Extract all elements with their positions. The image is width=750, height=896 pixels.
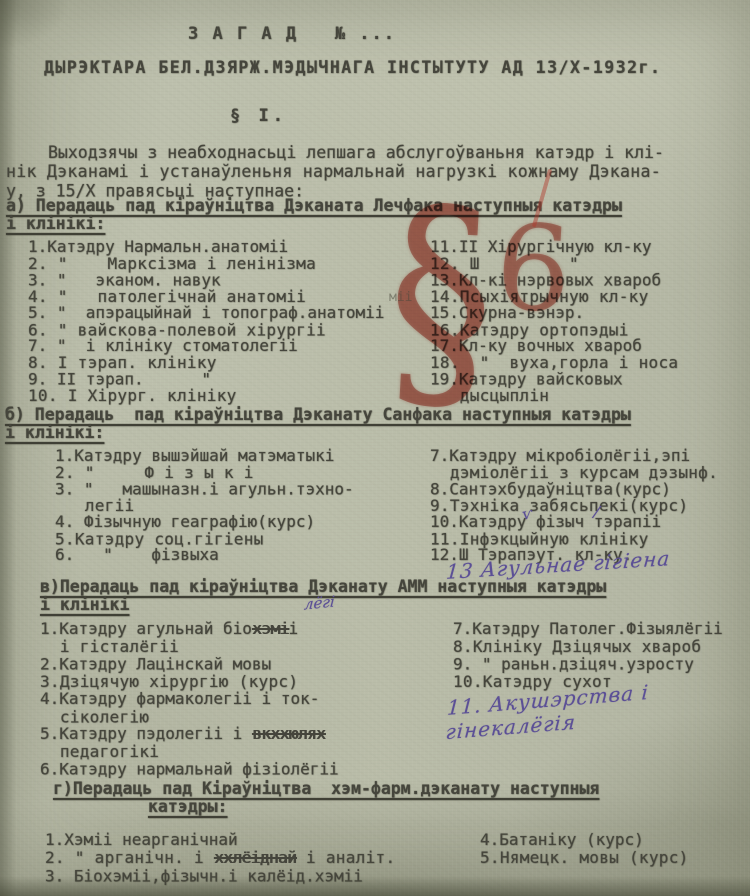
section-v-heading-wrap: і клінікі: [40, 596, 750, 614]
list-line: 11.Інфэкцыйную клініку: [430, 531, 718, 548]
section-v: в)Перадаць пад кіраўніцтва Дэканату АММ …: [0, 578, 750, 778]
list-line: 2.Катэдру Лацінскай мовы: [40, 656, 453, 674]
list-line: 4.Катэдру фармаколегіі і ток-: [40, 690, 453, 708]
list-line: 15.Скурна-вэнэр.: [430, 305, 678, 322]
list-line: 2. " Ф і з ы к і: [55, 465, 430, 482]
list-line: дэміолёгіі з курсам дэзынф.: [430, 465, 718, 482]
line-post: і аналіт.: [296, 848, 395, 867]
section-a-heading-wrap: і клінікі:: [6, 215, 750, 233]
section-a-heading-line2: і клінікі:: [6, 214, 105, 233]
list-line-corrected: 1.Катэдру агульнай біохэміі: [40, 620, 453, 638]
section-b: б) Перадаць пад кіраўніцтва Дэканату Сан…: [0, 406, 750, 564]
section-g-heading-line1: г)Перадаць пад Кіраўніцтва хэм-фарм.дэка…: [53, 779, 599, 798]
list-line: 5.Нямецк. мовы (курс): [480, 849, 689, 867]
list-line: 7.Катэдру Патолег.Фізыялёгіі: [453, 620, 723, 638]
list-line: 13.Кл-кі нэрвовых хвароб: [430, 273, 678, 290]
strike-text: хэмі: [252, 619, 289, 638]
section-a-heading: а) Перадаць пад кіраўніцтва Дэканата Леч…: [6, 197, 750, 215]
list-line: 6.Катэдру нармальнай фізіолёгіі: [40, 761, 453, 779]
section-a-heading-line1: а) Перадаць пад кіраўніцтва Дэканата Леч…: [6, 196, 622, 215]
list-line: 5. " апэрацыйнай і топограф.анатоміі: [28, 305, 430, 322]
section-g: г)Перадаць пад Кіраўніцтва хэм-фарм.дэка…: [0, 780, 750, 885]
line-pre: 2. " арганічн. і: [45, 848, 214, 867]
strike-text: ххлёіднай: [214, 848, 296, 867]
intro-paragraph: Выходзячы з неабходнасьці лепшага абслуг…: [6, 143, 748, 200]
section-b-heading-wrap: і клінікі:: [5, 424, 750, 442]
list-line: 5.Катэдру соц.гігіены: [55, 531, 430, 548]
section-v-heading: в)Перадаць пад кіраўніцтва Дэканату АММ …: [40, 578, 750, 596]
list-line: 9. " раньн.дзіцяч.узросту: [453, 656, 723, 674]
strike-text: вкххюлях: [252, 724, 325, 743]
section-b-lists: 1.Катэдру вышэйшай матэматыкі 2. " Ф і з…: [0, 448, 750, 564]
bottom-edge-shadow: [0, 876, 750, 896]
list-line: 19.Катэдру вайсковых: [430, 372, 678, 389]
list-line: дысцыплін: [430, 388, 678, 405]
list-line: 2. " Марксізма і ленінізма: [28, 256, 430, 273]
document-title: З А Г А Д № ...: [188, 24, 396, 44]
list-line: педагогікі: [40, 743, 453, 761]
line-pre: 1.Катэдру агульнай біо: [40, 619, 252, 638]
paragraph-mark: § I.: [230, 106, 287, 126]
list-line: 8. I тэрап. клініку: [28, 355, 430, 372]
section-a-lists: 1.Катэдру Нармальн.анатоміі 2. " Марксіз…: [0, 239, 750, 404]
list-line: 8.Сантэхбудаўніцтва(курс): [430, 482, 718, 499]
section-b-heading-line1: б) Перадаць пад кіраўніцтва Дэканату Сан…: [5, 405, 631, 424]
line-pre: 5.Катэдру пэдолегіі і: [40, 724, 252, 743]
list-line-corrected: 5.Катэдру пэдолегіі і вкххюлях: [40, 725, 453, 743]
list-line: 18. " вуха,горла і носа: [430, 355, 678, 372]
line-post: і: [288, 619, 298, 638]
list-line: 4. Фізычную геаграфію(курс): [55, 514, 430, 531]
list-line: 8.Клініку Дзіцячых хвароб: [453, 638, 723, 656]
list-line: 3. " машыназн.і агульн.тэхно-: [55, 482, 430, 499]
handwritten-correction-note: лёгі: [303, 592, 335, 613]
list-line: і гісталёгіі: [40, 638, 453, 656]
offset-print-ghost: міі: [389, 290, 412, 305]
document-subtitle: ДЫРЭКТАРА БЕЛ.ДЗЯРЖ.МЭДЫЧНАГА ІНСТЫТУТУ …: [44, 58, 661, 77]
section-g-heading: г)Перадаць пад Кіраўніцтва хэм-фарм.дэка…: [53, 780, 750, 798]
list-line-corrected: 2. " арганічн. і ххлёіднай і аналіт.: [45, 849, 480, 867]
section-g-heading-line2: катэдры:: [148, 797, 227, 816]
list-line: 12. Ш ": [430, 256, 678, 273]
top-left-corner-shadow: [0, 0, 70, 50]
list-line: 9. II тэрап. ": [28, 372, 430, 389]
list-line: 3. " эканом. навук: [28, 273, 430, 290]
list-line: 10.Катэдру фізыч тэрапіі: [430, 514, 718, 531]
intro-line: Выходзячы з неабходнасьці лепшага абслуг…: [6, 143, 748, 162]
list-line: 6. " фізвыха: [55, 547, 430, 564]
section-b-right-column: 7.Катэдру мікробіолёгіі,эпі дэміолёгіі з…: [430, 448, 718, 564]
list-line: 1.Хэміі неарганічнай: [45, 831, 480, 849]
section-b-heading: б) Перадаць пад кіраўніцтва Дэканату Сан…: [5, 406, 750, 424]
list-line: 4.Батаніку (курс): [480, 831, 689, 849]
section-a-right-column: 11.II Хірургічную кл-ку 12. Ш " 13.Кл-кі…: [430, 239, 678, 404]
section-b-heading-line2: і клінікі:: [5, 423, 104, 442]
section-g-heading-wrap: катэдры:: [148, 798, 750, 816]
section-a: а) Перадаць пад кіраўніцтва Дэканата Леч…: [0, 197, 750, 404]
section-b-left-column: 1.Катэдру вышэйшай матэматыкі 2. " Ф і з…: [0, 448, 430, 564]
list-line: 10. I Хірург. клініку: [28, 388, 430, 405]
section-g-right-column: 4.Батаніку (курс) 5.Нямецк. мовы (курс): [480, 831, 689, 867]
intro-line: нік Дэканамі і устанаўленьня нармальнай …: [6, 162, 748, 181]
section-v-heading-line2: і клінікі: [40, 595, 129, 614]
list-line: 3.Дзіцячую хірургію (курс): [40, 673, 453, 691]
list-line: 16.Катэдру ортопэдыі: [430, 322, 678, 339]
list-line: сіколегію: [40, 708, 453, 726]
scanned-order-document: З А Г А Д № ... ДЫРЭКТАРА БЕЛ.ДЗЯРЖ.МЭДЫ…: [0, 0, 750, 896]
list-line: 6. " вайскова-полевой хірургіі: [28, 322, 430, 339]
section-v-left-column: 1.Катэдру агульнай біохэміі і гісталёгіі…: [0, 620, 453, 778]
section-a-left-column: 1.Катэдру Нармальн.анатоміі 2. " Марксіз…: [0, 239, 430, 404]
